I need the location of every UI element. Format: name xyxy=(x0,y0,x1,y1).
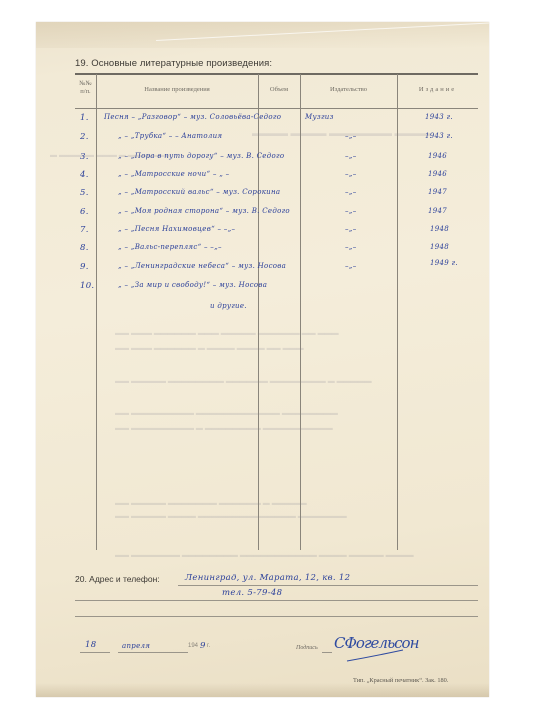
bleed-through: ▬▬ ▬▬▬ ▬▬▬▬▬▬ ▬▬▬ ▬▬▬▬▬ ▬▬▬▬▬▬ ▬▬ ▬▬▬ xyxy=(115,330,339,337)
col-header-num-line2: п/п. xyxy=(75,88,96,96)
row-publisher: –„– xyxy=(345,243,357,251)
col-header-title: Название произведения xyxy=(96,86,258,94)
table-col-divider xyxy=(300,74,301,550)
col-header-edition: Издание xyxy=(397,86,478,94)
address-line xyxy=(75,616,478,617)
row-title: „ – „Матросские ночи“ – „ – xyxy=(118,170,229,178)
row-title: „ – „Моя родная сторона“ – муз. В. Седог… xyxy=(118,207,290,215)
row-edition: 1943 г. xyxy=(425,113,453,121)
bleed-through: ▬▬▬▬ ▬▬▬▬ ▬▬▬▬▬▬▬ ▬▬▬▬ xyxy=(252,128,431,138)
row-num: 3. xyxy=(80,152,89,162)
row-edition: 1948 xyxy=(430,243,449,251)
row-num: 4. xyxy=(80,170,89,180)
phone-value: тел. 5-79-48 xyxy=(222,588,282,598)
row-edition: 1947 xyxy=(428,207,447,215)
print-note: Тип. „Красный печатник“. Зак. 180. xyxy=(353,677,448,684)
row-publisher: –„– xyxy=(345,262,357,270)
row-title: „ – „Матросский вальс“ – муз. Сорокина xyxy=(118,188,280,196)
table-top-rule xyxy=(75,73,478,75)
row-title: „ – „Вальс-перепляс“ – –„– xyxy=(118,243,222,251)
col-header-num: №№ п/п. xyxy=(75,80,96,96)
date-day-line xyxy=(80,652,110,653)
address-line xyxy=(75,600,478,601)
row-publisher: –„– xyxy=(345,132,357,140)
row-edition: 1948 xyxy=(430,225,449,233)
row-edition: 1947 xyxy=(428,188,447,196)
row-title: „ – „Пора в путь дорогу“ – муз. В. Седог… xyxy=(118,152,284,160)
row-num: 9. xyxy=(80,262,89,272)
signature-label: Подпись xyxy=(296,645,318,651)
row-edition: 1943 г. xyxy=(425,132,453,140)
signature-line xyxy=(322,652,332,653)
col-header-publisher: Издательство xyxy=(300,86,397,94)
row-edition: 1946 xyxy=(428,152,447,160)
row-num: 10. xyxy=(80,281,94,291)
bleed-through: ▬▬ ▬▬▬ ▬▬▬▬▬▬ ▬ ▬▬▬▬ ▬▬▬▬ ▬▬ ▬▬▬ xyxy=(115,345,304,352)
section-19-title: 19. Основные литературные произведения: xyxy=(75,58,272,69)
bleed-through: ▬▬ ▬▬▬▬▬ ▬▬▬▬▬▬▬▬ ▬▬▬▬▬▬ ▬▬▬▬▬▬▬▬ ▬ ▬▬▬▬… xyxy=(115,378,372,385)
row-title: „ – „Трубка“ – – Анатолия xyxy=(118,132,222,140)
row-publisher: –„– xyxy=(345,152,357,160)
row-publisher: –„– xyxy=(345,207,357,215)
row-title: „ – „Ленинградские небеса“ – муз. Носова xyxy=(118,262,286,270)
date-year-prefix: 194 xyxy=(188,643,198,649)
section-20-label: 20. Адрес и телефон: xyxy=(75,574,160,584)
address-line xyxy=(178,585,478,586)
date-year-hand: 9 xyxy=(200,641,206,651)
row-num: 2. xyxy=(80,132,89,142)
row-edition: 1946 xyxy=(428,170,447,178)
row-num: 6. xyxy=(80,207,89,217)
row-title: „ – „Песня Нахимовцев“ – –„– xyxy=(118,225,235,233)
table-header-rule xyxy=(75,108,478,109)
date-month-line xyxy=(118,652,188,653)
row-num: 1. xyxy=(80,113,89,123)
row-publisher: Музгиз xyxy=(305,113,334,121)
row-publisher: –„– xyxy=(345,188,357,196)
row-title: „ – „За мир и свободу!“ – муз. Носова xyxy=(118,281,267,289)
row-num: 8. xyxy=(80,243,89,253)
col-header-num-line1: №№ xyxy=(75,80,96,88)
date-suffix: г. xyxy=(207,643,210,649)
signature-flourish-icon xyxy=(345,648,405,664)
table-col-divider xyxy=(397,74,398,550)
bleed-through: ▬▬ ▬▬▬▬▬ ▬▬▬▬▬▬▬ ▬▬▬▬▬▬ ▬ ▬▬▬▬▬ xyxy=(115,500,307,507)
row-num: 7. xyxy=(80,225,89,235)
row-num: 5. xyxy=(80,188,89,198)
and-others-note: и другие. xyxy=(210,302,247,310)
paper-crease xyxy=(156,22,489,41)
date-month: апреля xyxy=(122,642,150,650)
address-value: Ленинград, ул. Марата, 12, кв. 12 xyxy=(185,573,350,583)
bleed-through: ▬▬ ▬▬▬▬▬▬▬▬▬ ▬▬▬▬▬▬▬▬▬▬▬▬ ▬▬▬▬▬▬▬▬ xyxy=(115,410,338,417)
col-header-volume: Объем xyxy=(258,86,300,94)
row-title: Песня – „Разговор“ – муз. Соловьёва-Седо… xyxy=(104,113,281,121)
row-publisher: –„– xyxy=(345,225,357,233)
table-col-divider xyxy=(258,74,259,550)
bleed-through: ▬▬ ▬▬▬▬▬ ▬▬▬▬ ▬▬▬▬▬▬▬▬▬▬▬▬▬▬ ▬▬▬▬▬▬▬ xyxy=(115,513,347,520)
row-publisher: –„– xyxy=(345,170,357,178)
table-col-divider xyxy=(96,74,97,550)
date-day: 18 xyxy=(85,640,96,650)
row-edition: 1949 г. xyxy=(430,259,458,267)
bleed-through: ▬▬ ▬▬▬▬▬▬▬ ▬▬▬▬▬▬▬▬ ▬▬▬▬▬▬▬▬▬▬▬ ▬▬▬▬ ▬▬▬… xyxy=(115,552,414,559)
